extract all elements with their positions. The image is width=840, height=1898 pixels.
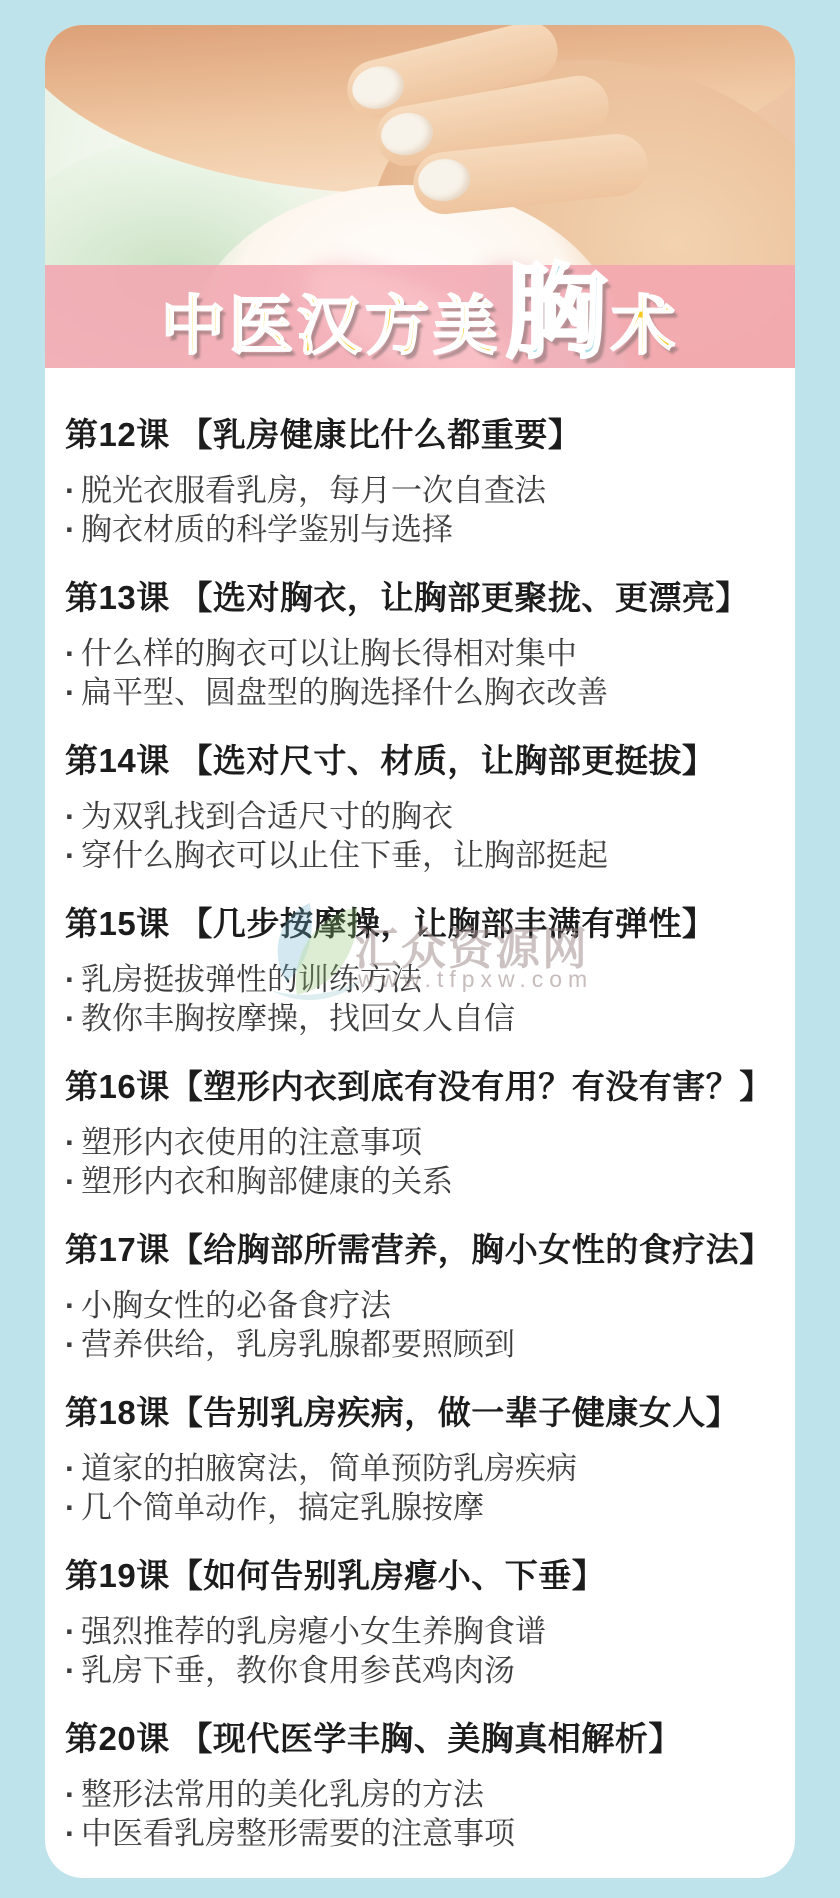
course-title: 中医汉方美胸术 xyxy=(45,262,795,364)
bullet-dot: · xyxy=(65,797,81,836)
lesson-bullet: ·扁平型、圆盘型的胸选择什么胸衣改善 xyxy=(65,673,767,712)
lesson-heading: 第15课 【几步按摩操，让胸部丰满有弹性】 xyxy=(65,904,767,944)
lesson-bullet: ·教你丰胸按摩操，找回女人自信 xyxy=(65,999,767,1038)
bullet-text: 穿什么胸衣可以止住下垂，让胸部挺起 xyxy=(81,838,608,873)
lesson-heading: 第17课【给胸部所需营养，胸小女性的食疗法】 xyxy=(65,1230,767,1270)
bullet-text: 中医看乳房整形需要的注意事项 xyxy=(81,1816,515,1851)
lesson-bullet: ·营养供给，乳房乳腺都要照顾到 xyxy=(65,1325,767,1364)
bullet-text: 为双乳找到合适尺寸的胸衣 xyxy=(81,799,453,834)
bullet-text: 乳房下垂，教你食用参芪鸡肉汤 xyxy=(81,1653,515,1688)
bullet-dot: · xyxy=(65,999,81,1038)
bullet-dot: · xyxy=(65,1286,81,1325)
lesson-bullet: ·小胸女性的必备食疗法 xyxy=(65,1286,767,1325)
lesson-heading: 第18课【告别乳房疾病，做一辈子健康女人】 xyxy=(65,1393,767,1433)
lesson-item-19: 第19课【如何告别乳房瘪小、下垂】 ·强烈推荐的乳房瘪小女生养胸食谱 ·乳房下垂… xyxy=(65,1556,767,1690)
bullet-dot: · xyxy=(65,1775,81,1814)
bullet-dot: · xyxy=(65,510,81,549)
bullet-text: 整形法常用的美化乳房的方法 xyxy=(81,1777,484,1812)
bullet-dot: · xyxy=(65,836,81,875)
course-title-highlight: 胸 xyxy=(505,256,607,368)
lesson-bullet: ·塑形内衣使用的注意事项 xyxy=(65,1123,767,1162)
bullet-text: 塑形内衣和胸部健康的关系 xyxy=(81,1164,453,1199)
bullet-dot: · xyxy=(65,1651,81,1690)
bullet-dot: · xyxy=(65,1162,81,1201)
header-photo: 中医汉方美胸术 xyxy=(45,25,795,368)
bullet-text: 塑形内衣使用的注意事项 xyxy=(81,1125,422,1160)
bullet-dot: · xyxy=(65,673,81,712)
bullet-text: 什么样的胸衣可以让胸长得相对集中 xyxy=(81,636,577,671)
course-title-part: 术 xyxy=(611,290,679,362)
title-banner: 中医汉方美胸术 xyxy=(45,265,795,368)
lesson-bullet: ·乳房下垂，教你食用参芪鸡肉汤 xyxy=(65,1651,767,1690)
lesson-item-17: 第17课【给胸部所需营养，胸小女性的食疗法】 ·小胸女性的必备食疗法 ·营养供给… xyxy=(65,1230,767,1364)
lesson-bullet: ·什么样的胸衣可以让胸长得相对集中 xyxy=(65,634,767,673)
bullet-text: 胸衣材质的科学鉴别与选择 xyxy=(81,512,453,547)
lesson-bullet: ·道家的拍腋窝法，简单预防乳房疾病 xyxy=(65,1449,767,1488)
bullet-dot: · xyxy=(65,1123,81,1162)
bullet-text: 几个简单动作，搞定乳腺按摩 xyxy=(81,1490,484,1525)
lesson-bullet: ·胸衣材质的科学鉴别与选择 xyxy=(65,510,767,549)
bullet-text: 乳房挺拔弹性的训练方法 xyxy=(81,962,422,997)
lesson-list: 第12课 【乳房健康比什么都重要】 ·脱光衣服看乳房，每月一次自查法 ·胸衣材质… xyxy=(45,368,795,1853)
bullet-dot: · xyxy=(65,1449,81,1488)
bullet-text: 脱光衣服看乳房，每月一次自查法 xyxy=(81,473,546,508)
bullet-text: 小胸女性的必备食疗法 xyxy=(81,1288,391,1323)
lesson-heading: 第16课【塑形内衣到底有没有用？有没有害？】 xyxy=(65,1067,767,1107)
lesson-bullet: ·为双乳找到合适尺寸的胸衣 xyxy=(65,797,767,836)
bullet-dot: · xyxy=(65,1612,81,1651)
lesson-bullet: ·几个简单动作，搞定乳腺按摩 xyxy=(65,1488,767,1527)
lesson-bullet: ·脱光衣服看乳房，每月一次自查法 xyxy=(65,471,767,510)
lesson-item-12: 第12课 【乳房健康比什么都重要】 ·脱光衣服看乳房，每月一次自查法 ·胸衣材质… xyxy=(65,415,767,549)
lesson-bullet: ·乳房挺拔弹性的训练方法 xyxy=(65,960,767,999)
bullet-dot: · xyxy=(65,1325,81,1364)
lesson-item-14: 第14课 【选对尺寸、材质，让胸部更挺拔】 ·为双乳找到合适尺寸的胸衣 ·穿什么… xyxy=(65,741,767,875)
lesson-bullet: ·穿什么胸衣可以止住下垂，让胸部挺起 xyxy=(65,836,767,875)
lesson-item-18: 第18课【告别乳房疾病，做一辈子健康女人】 ·道家的拍腋窝法，简单预防乳房疾病 … xyxy=(65,1393,767,1527)
lesson-heading: 第13课 【选对胸衣，让胸部更聚拢、更漂亮】 xyxy=(65,578,767,618)
lesson-item-13: 第13课 【选对胸衣，让胸部更聚拢、更漂亮】 ·什么样的胸衣可以让胸长得相对集中… xyxy=(65,578,767,712)
lesson-heading: 第12课 【乳房健康比什么都重要】 xyxy=(65,415,767,455)
bullet-text: 教你丰胸按摩操，找回女人自信 xyxy=(81,1001,515,1036)
bullet-dot: · xyxy=(65,471,81,510)
lesson-bullet: ·塑形内衣和胸部健康的关系 xyxy=(65,1162,767,1201)
lesson-bullet: ·中医看乳房整形需要的注意事项 xyxy=(65,1814,767,1853)
course-title-part: 中医汉方美 xyxy=(161,290,501,362)
lesson-item-15: 第15课 【几步按摩操，让胸部丰满有弹性】 ·乳房挺拔弹性的训练方法 ·教你丰胸… xyxy=(65,904,767,1038)
lesson-bullet: ·强烈推荐的乳房瘪小女生养胸食谱 xyxy=(65,1612,767,1651)
bullet-text: 强烈推荐的乳房瘪小女生养胸食谱 xyxy=(81,1614,546,1649)
bullet-text: 道家的拍腋窝法，简单预防乳房疾病 xyxy=(81,1451,577,1486)
lesson-item-20: 第20课 【现代医学丰胸、美胸真相解析】 ·整形法常用的美化乳房的方法 ·中医看… xyxy=(65,1719,767,1853)
bullet-dot: · xyxy=(65,1488,81,1527)
bullet-text: 营养供给，乳房乳腺都要照顾到 xyxy=(81,1327,515,1362)
lesson-item-16: 第16课【塑形内衣到底有没有用？有没有害？】 ·塑形内衣使用的注意事项 ·塑形内… xyxy=(65,1067,767,1201)
lesson-heading: 第19课【如何告别乳房瘪小、下垂】 xyxy=(65,1556,767,1596)
bullet-dot: · xyxy=(65,960,81,999)
bullet-dot: · xyxy=(65,634,81,673)
bullet-dot: · xyxy=(65,1814,81,1853)
bullet-text: 扁平型、圆盘型的胸选择什么胸衣改善 xyxy=(81,675,608,710)
lesson-bullet: ·整形法常用的美化乳房的方法 xyxy=(65,1775,767,1814)
lesson-heading: 第14课 【选对尺寸、材质，让胸部更挺拔】 xyxy=(65,741,767,781)
content-card: 中医汉方美胸术 第12课 【乳房健康比什么都重要】 ·脱光衣服看乳房，每月一次自… xyxy=(45,25,795,1878)
lesson-heading: 第20课 【现代医学丰胸、美胸真相解析】 xyxy=(65,1719,767,1759)
